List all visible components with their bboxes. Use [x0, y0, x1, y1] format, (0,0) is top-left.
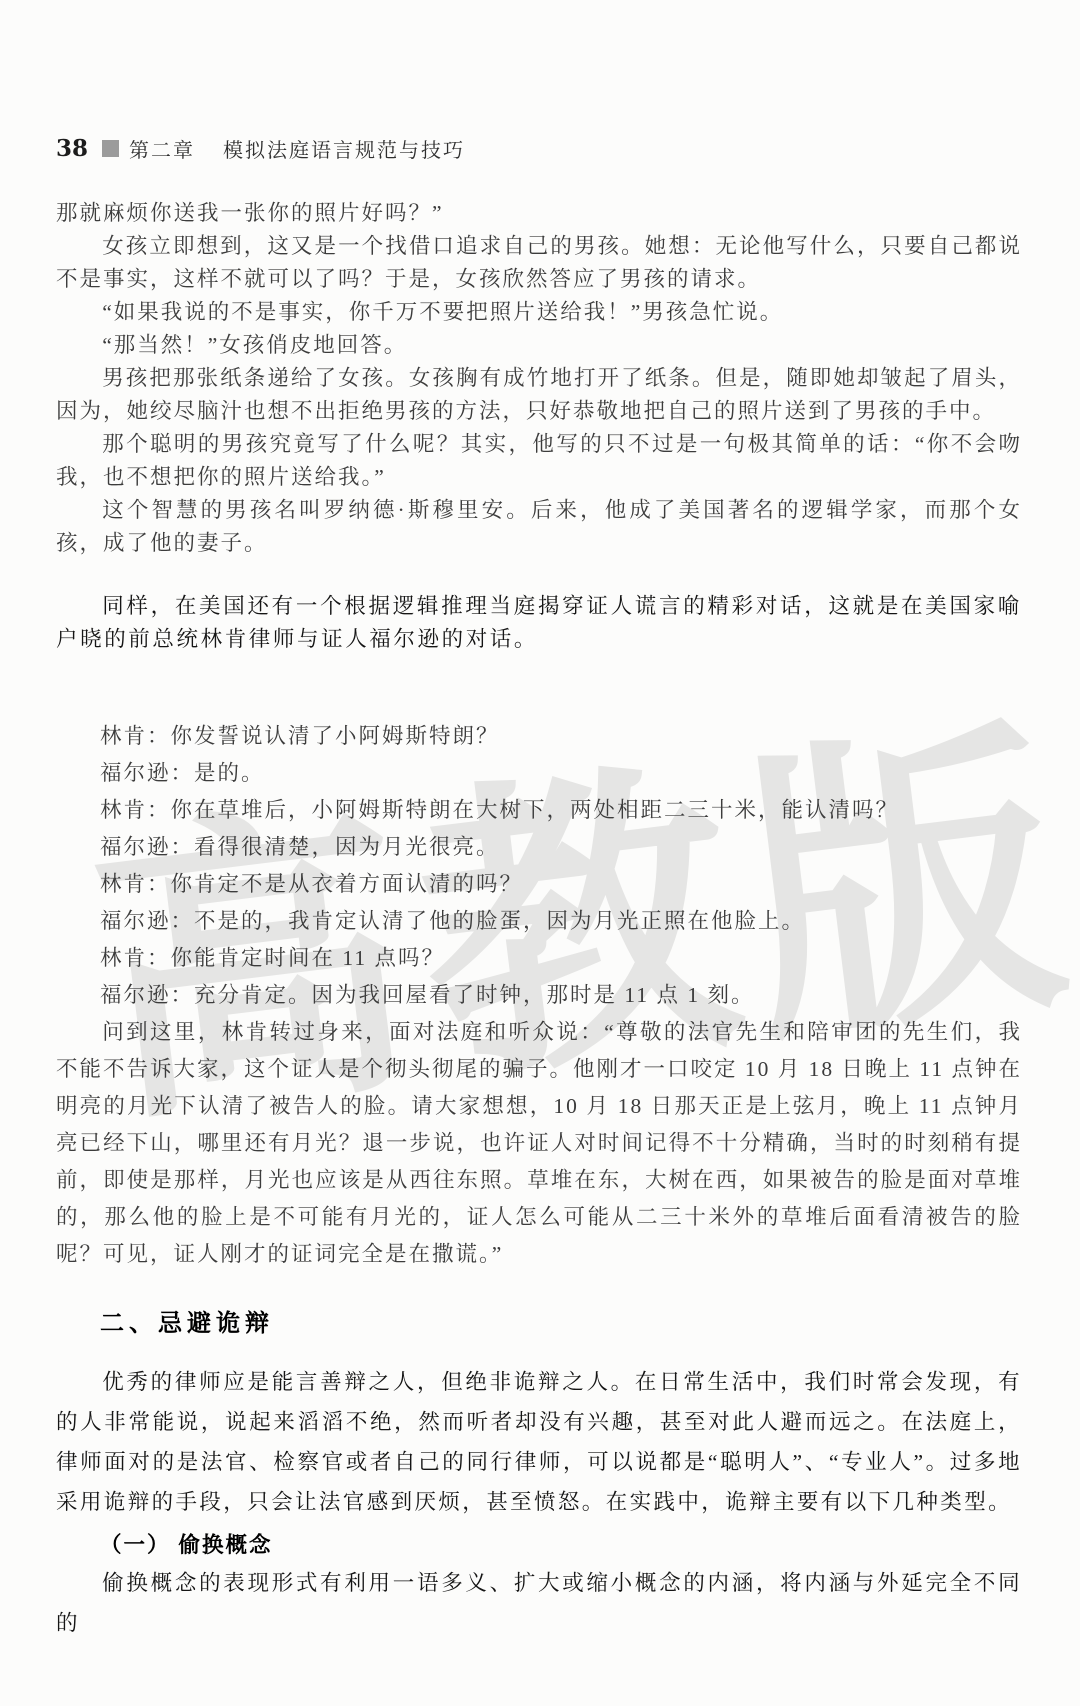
dialogue-line: 林肯：你肯定不是从衣着方面认清的吗？: [56, 866, 1022, 903]
story-paragraph: “那当然！”女孩俏皮地回答。: [56, 329, 1022, 362]
story-paragraph-continuation: 那就麻烦你送我一张你的照片好吗？”: [56, 197, 1022, 230]
subsection-heading: （一） 偷换概念: [56, 1528, 1022, 1559]
book-page: 高教版 38 第二章 模拟法庭语言规范与技巧 那就麻烦你送我一张你的照片好吗？”…: [0, 0, 1080, 1706]
chapter-marker-square-icon: [102, 140, 119, 157]
chapter-label: 第二章: [129, 134, 195, 163]
intro-paragraph: 同样，在美国还有一个根据逻辑推理当庭揭穿证人谎言的精彩对话，这就是在美国家喻户晓…: [56, 590, 1022, 656]
dialogue-line: 福尔逊：是的。: [56, 755, 1022, 792]
page-number: 38: [56, 135, 88, 162]
page-header: 38 第二章 模拟法庭语言规范与技巧: [56, 135, 1022, 161]
subsection-paragraph: 偷换概念的表现形式有利用一语多义、扩大或缩小概念的内涵，将内涵与外延完全不同的: [56, 1563, 1022, 1643]
dialogue-line: 福尔逊：看得很清楚，因为月光很亮。: [56, 829, 1022, 866]
section-heading: 二、忌避诡辩: [100, 1303, 1022, 1338]
dialogue-line: 福尔逊：不是的，我肯定认清了他的脸蛋，因为月光正照在他脸上。: [56, 903, 1022, 940]
section-paragraph: 优秀的律师应是能言善辩之人，但绝非诡辩之人。在日常生活中，我们时常会发现，有的人…: [56, 1362, 1022, 1522]
story-paragraph: 女孩立即想到，这又是一个找借口追求自己的男孩。她想：无论他写什么，只要自己都说不…: [56, 230, 1022, 296]
story-paragraph: 男孩把那张纸条递给了女孩。女孩胸有成竹地打开了纸条。但是，随即她却皱起了眉头，因…: [56, 362, 1022, 428]
lincoln-dialogue: 林肯：你发誓说认清了小阿姆斯特朗？ 福尔逊：是的。 林肯：你在草堆后，小阿姆斯特…: [56, 718, 1022, 1014]
chapter-title: 模拟法庭语言规范与技巧: [223, 134, 465, 163]
story-paragraph: 这个智慧的男孩名叫罗纳德·斯穆里安。后来，他成了美国著名的逻辑学家，而那个女孩，…: [56, 494, 1022, 560]
dialogue-line: 林肯：你发誓说认清了小阿姆斯特朗？: [56, 718, 1022, 755]
story-paragraph: “如果我说的不是事实，你千万不要把照片送给我！”男孩急忙说。: [56, 296, 1022, 329]
lincoln-speech-paragraph: 问到这里，林肯转过身来，面对法庭和听众说：“尊敬的法官先生和陪审团的先生们，我不…: [56, 1014, 1022, 1273]
story-paragraph: 那个聪明的男孩究竟写了什么呢？其实，他写的只不过是一句极其简单的话：“你不会吻我…: [56, 428, 1022, 494]
page-body: 那就麻烦你送我一张你的照片好吗？” 女孩立即想到，这又是一个找借口追求自己的男孩…: [56, 197, 1022, 1643]
dialogue-line: 林肯：你在草堆后，小阿姆斯特朗在大树下，两处相距二三十米，能认清吗？: [56, 792, 1022, 829]
dialogue-line: 福尔逊：充分肯定。因为我回屋看了时钟，那时是 11 点 1 刻。: [56, 977, 1022, 1014]
dialogue-line: 林肯：你能肯定时间在 11 点吗？: [56, 940, 1022, 977]
